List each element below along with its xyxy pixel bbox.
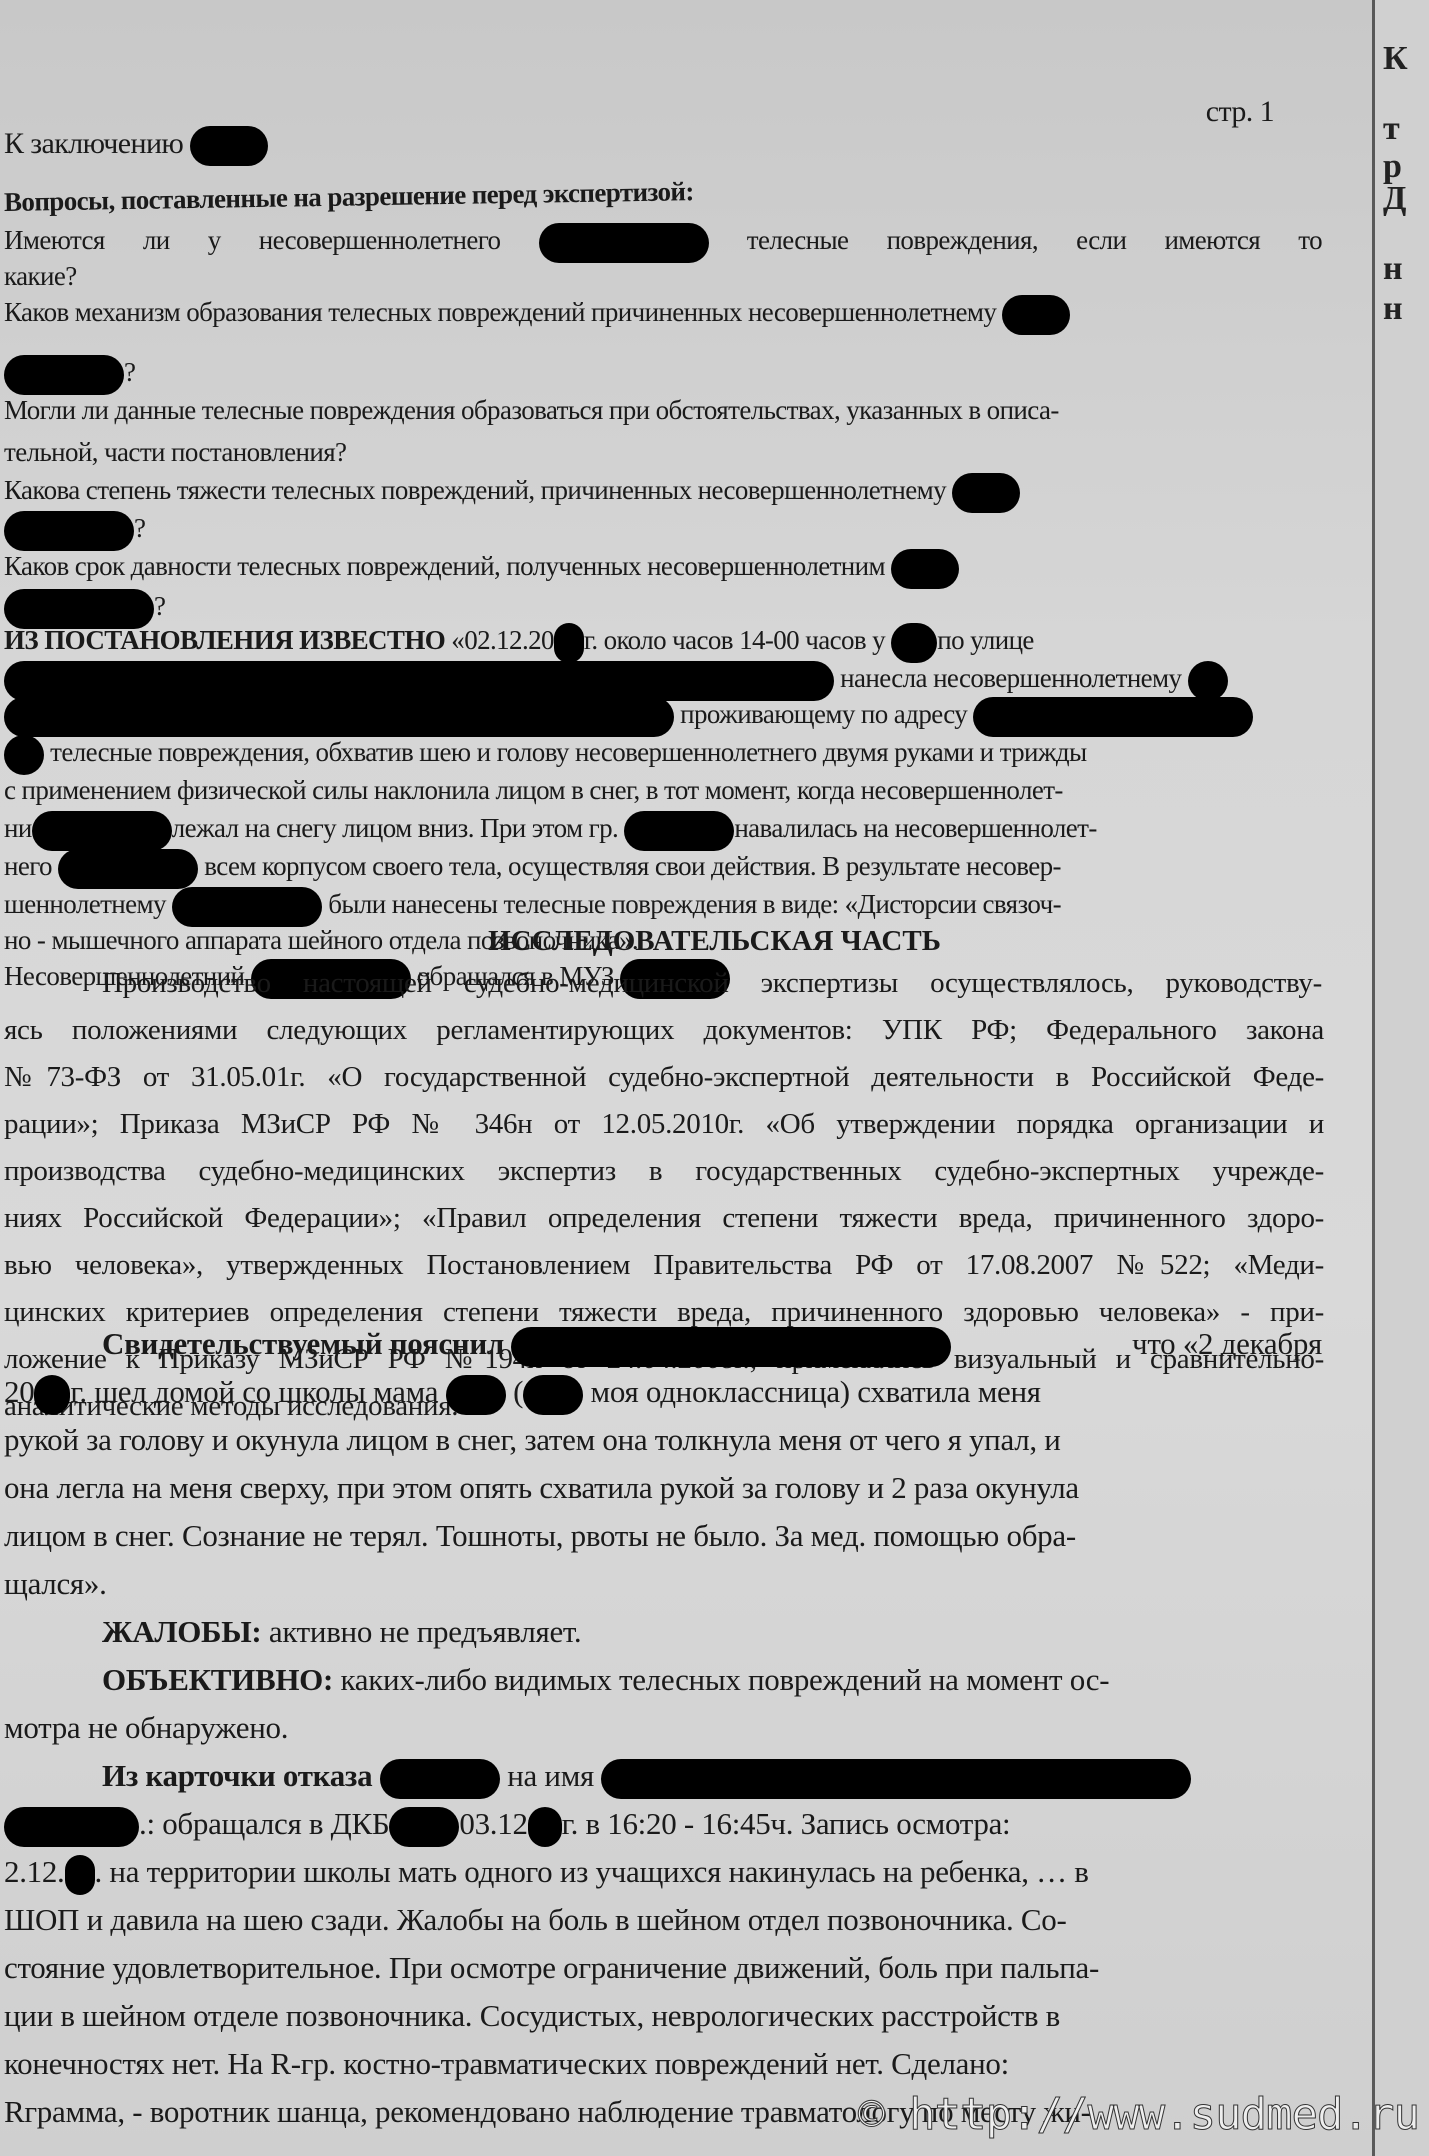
question-line: ? — [4, 354, 135, 395]
paragraph-line: ясь положениями следующих регламентирующ… — [4, 1007, 1324, 1054]
redaction — [4, 697, 674, 737]
refusal-card-line: конечностях нет. На R-гр. костно-травмат… — [4, 2040, 1334, 2088]
text: 2.12. — [4, 1854, 65, 1889]
testimony-line: щался». — [4, 1560, 1334, 1608]
redaction — [4, 661, 834, 701]
refusal-card-line: ции в шейном отделе позвоночника. Сосуди… — [4, 1992, 1334, 2040]
redaction — [389, 1807, 459, 1847]
redaction — [172, 887, 322, 927]
text: Имеются ли у несовершеннолетнего — [4, 225, 500, 255]
resolution-line: проживающему по адресу — [4, 696, 1253, 737]
resolution-line: шеннолетнему были нанесены телесные повр… — [4, 886, 1061, 927]
text: .: обращался в ДКБ — [139, 1806, 389, 1841]
refusal-card-line: 2.12.. на территории школы мать одного и… — [4, 1848, 1334, 1896]
testimony-line: Свидетельствуемый пояснил что «2 декабря — [4, 1320, 1334, 1368]
redaction — [32, 811, 172, 851]
redaction — [1188, 661, 1228, 701]
paragraph-line: №73-ФЗ от 31.05.01г. «О государственной … — [4, 1054, 1324, 1101]
watermark: © http://www.sudmed.ru — [858, 2089, 1419, 2140]
testimony-line: она легла на меня сверху, при этом опять… — [4, 1464, 1334, 1512]
redaction — [4, 355, 124, 395]
redaction — [554, 623, 584, 663]
redaction — [58, 849, 198, 889]
text: г. шел домой со школы мама — [70, 1374, 438, 1409]
resolution-line: него всем корпусом своего тела, осуществ… — [4, 848, 1061, 889]
text: моя одноклассница) схватила меня — [591, 1374, 1041, 1409]
redaction — [4, 735, 44, 775]
redaction — [380, 1759, 500, 1799]
question-line: Каков механизм образования телесных повр… — [4, 294, 1070, 335]
question-line: тельной, части постановления? — [4, 434, 346, 470]
question-line: Имеются ли у несовершеннолетнего телесны… — [4, 222, 1322, 263]
redaction — [446, 1375, 506, 1415]
text: «02.12.20 — [451, 625, 554, 655]
paragraph-line: вью человека», утвержденных Постановлени… — [4, 1242, 1324, 1289]
text: Каков срок давности телесных повреждений… — [4, 551, 885, 581]
text: него — [4, 851, 52, 881]
text: навалилась на несовершеннолет- — [734, 813, 1096, 843]
redaction — [1002, 295, 1070, 335]
text: ( — [513, 1374, 523, 1409]
redaction — [65, 1855, 95, 1895]
redaction — [891, 549, 959, 589]
research-section-title: ИССЛЕДОВАТЕЛЬСКАЯ ЧАСТЬ — [0, 925, 1429, 958]
redaction — [601, 1759, 1191, 1799]
text: нанесла несовершеннолетнему — [840, 663, 1181, 693]
resolution-line: ИЗ ПОСТАНОВЛЕНИЯ ИЗВЕСТНО «02.12.20г. ок… — [4, 622, 1034, 663]
text: г. около часов 14-00 часов у — [584, 625, 885, 655]
text: проживающему по адресу — [680, 699, 967, 729]
objective-line: мотра не обнаружено. — [4, 1704, 1334, 1752]
next-page-fragment: К т р Д н н — [1375, 0, 1429, 2156]
document-page: стр. 1 К заключению Вопросы, поставленны… — [0, 0, 1375, 2156]
resolution-line: телесные повреждения, обхватив шею и гол… — [4, 734, 1087, 775]
question-line: Каков срок давности телесных повреждений… — [4, 548, 959, 589]
text: ? — [124, 357, 135, 387]
redaction — [891, 623, 937, 663]
reference-line: К заключению — [4, 126, 268, 166]
reference-text: К заключению — [4, 127, 183, 160]
text: ? — [154, 591, 165, 621]
questions-title: Вопросы, поставленные на разрешение пере… — [4, 173, 694, 220]
resolution-line: с применением физической силы наклонила … — [4, 772, 1063, 808]
refusal-card-line: .: обращался в ДКБ03.12г. в 16:20 - 16:4… — [4, 1800, 1334, 1848]
redaction — [34, 1375, 70, 1415]
glyph: н — [1383, 250, 1403, 288]
paragraph-line: производства судебно-медицинских эксперт… — [4, 1148, 1324, 1195]
page-number: стр. 1 — [1206, 94, 1274, 130]
paragraph-line: рации»; Приказа МЗиСР РФ № 346н от 12.05… — [4, 1101, 1324, 1148]
redaction — [523, 1375, 583, 1415]
testimony-line: 20г. шел домой со школы мама ( моя однок… — [4, 1368, 1334, 1416]
objective-text: каких-либо видимых телесных повреждений … — [340, 1662, 1109, 1697]
question-line: ? — [4, 510, 145, 551]
text: Какова степень тяжести телесных поврежде… — [4, 475, 946, 505]
paragraph-line: Производство настоящей судебно-медицинск… — [4, 960, 1322, 1007]
text: . на территории школы мать одного из уча… — [95, 1854, 1089, 1889]
objective-label: ОБЪЕКТИВНО: — [102, 1662, 333, 1697]
refusal-card-line: ШОП и давила на шею сзади. Жалобы на бол… — [4, 1896, 1334, 1944]
redaction — [624, 811, 734, 851]
objective-line: ОБЪЕКТИВНО: каких-либо видимых телесных … — [4, 1656, 1334, 1704]
redaction — [973, 697, 1253, 737]
redaction — [539, 223, 709, 263]
question-line: Могли ли данные телесные повреждения обр… — [4, 392, 1059, 428]
refusal-card-line: стояние удовлетворительное. При осмотре … — [4, 1944, 1334, 1992]
complaints-line: ЖАЛОБЫ: активно не предъявляет. — [4, 1608, 1334, 1656]
text: что «2 декабря — [1132, 1320, 1322, 1368]
redaction — [190, 126, 268, 166]
complaints-label: ЖАЛОБЫ: — [102, 1614, 261, 1649]
redaction — [4, 511, 134, 551]
text: на имя — [507, 1758, 594, 1793]
text: г. в 16:20 - 16:45ч. Запись осмотра: — [562, 1806, 1011, 1841]
glyph: т — [1383, 110, 1400, 148]
question-line: Какова степень тяжести телесных поврежде… — [4, 472, 1020, 513]
text: были нанесены телесные повреждения в вид… — [328, 889, 1061, 919]
text: всем корпусом своего тела, осуществляя с… — [204, 851, 1061, 881]
testimony-line: рукой за голову и окунула лицом в снег, … — [4, 1416, 1334, 1464]
testimony-section: Свидетельствуемый пояснил что «2 декабря… — [4, 1320, 1334, 2136]
glyph: Д — [1383, 180, 1406, 218]
text: ни — [4, 813, 32, 843]
testimony-line: лицом в снег. Сознание не терял. Тошноты… — [4, 1512, 1334, 1560]
redaction — [952, 473, 1020, 513]
redaction — [511, 1327, 951, 1367]
redaction — [4, 1807, 139, 1847]
text: лежал на снегу лицом вниз. При этом гр. — [172, 813, 618, 843]
text: 20 — [4, 1374, 34, 1409]
text: телесные повреждения, обхватив шею и гол… — [50, 737, 1086, 767]
resolution-line: нилежал на снегу лицом вниз. При этом гр… — [4, 810, 1097, 851]
text: ? — [134, 513, 145, 543]
text: шеннолетнему — [4, 889, 166, 919]
refusal-card-label: Из карточки отказа — [102, 1758, 372, 1793]
text: по улице — [937, 625, 1034, 655]
text: Каков механизм образования телесных повр… — [4, 297, 996, 327]
question-line: какие? — [4, 258, 77, 294]
refusal-card-line: Из карточки отказа на имя — [4, 1752, 1334, 1800]
complaints-text: активно не предъявляет. — [269, 1614, 581, 1649]
glyph: К — [1383, 40, 1408, 78]
text: 03.12 — [459, 1806, 527, 1841]
redaction — [528, 1807, 562, 1847]
resolution-line: нанесла несовершеннолетнему — [4, 660, 1228, 701]
glyph: н — [1383, 290, 1403, 328]
paragraph-line: ниях Российской Федерации»; «Правил опре… — [4, 1195, 1324, 1242]
resolution-heading: ИЗ ПОСТАНОВЛЕНИЯ ИЗВЕСТНО — [4, 625, 445, 655]
text: телесные повреждения, если имеются то — [747, 225, 1322, 255]
testimony-label: Свидетельствуемый пояснил — [102, 1326, 504, 1361]
